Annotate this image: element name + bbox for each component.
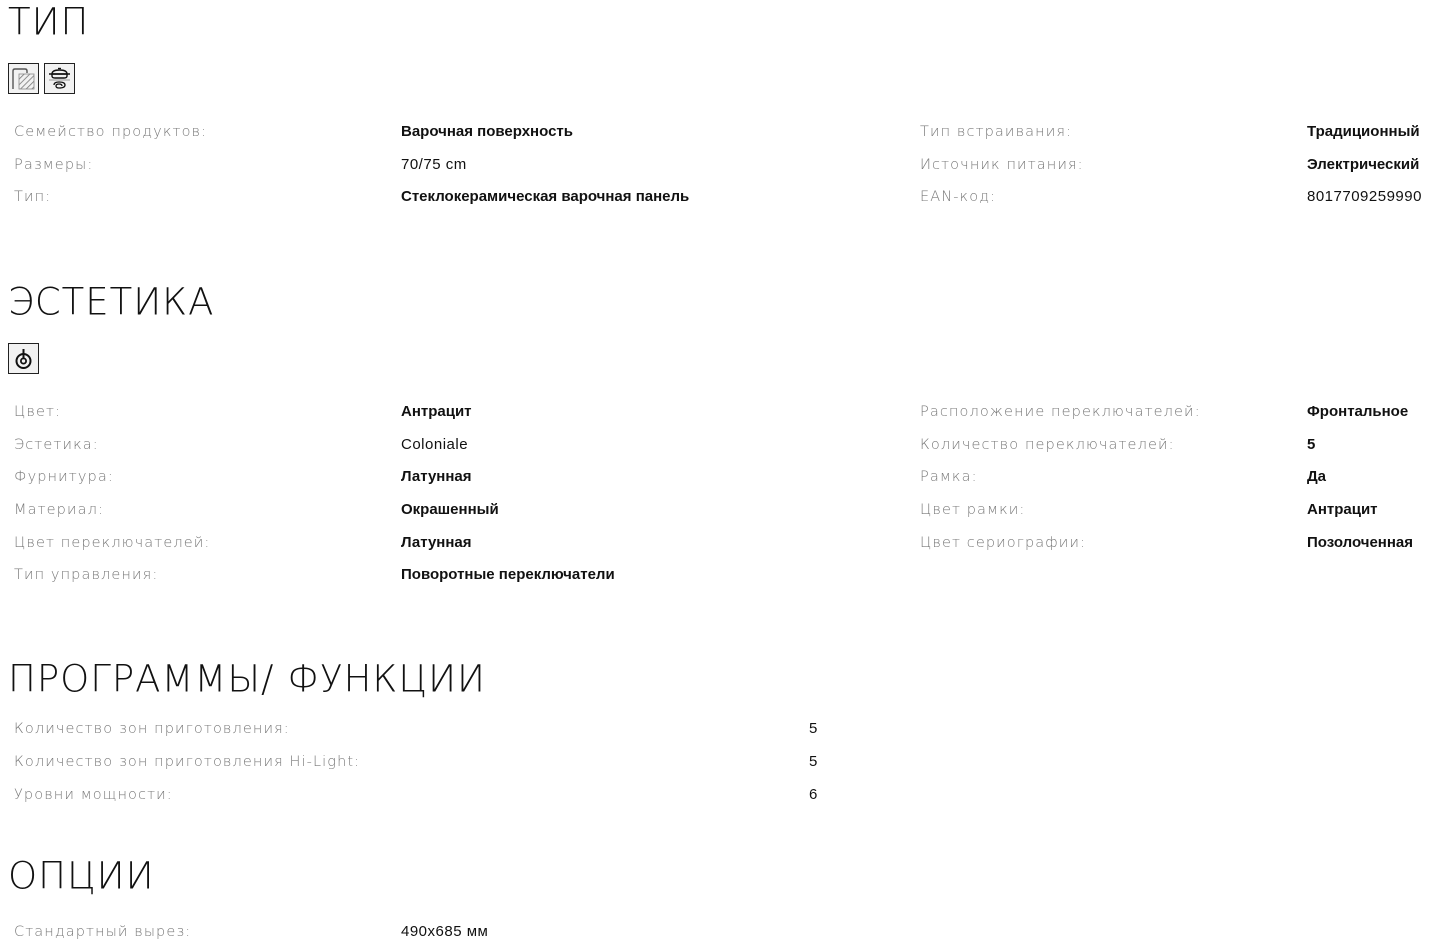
spec-label: EAN-код: (920, 187, 996, 207)
spec-value: Антрацит (401, 402, 472, 422)
spec-label: Тип управления: (14, 565, 158, 585)
spec-label: Фурнитура: (14, 467, 114, 487)
spec-label: Количество зон приготовления Hi-Light: (14, 752, 360, 772)
spec-value: Позолоченная (1307, 533, 1413, 553)
spec-label: Цвет рамки: (920, 500, 1025, 520)
spec-value: 5 (809, 752, 818, 772)
spec-label: Рамка: (920, 467, 978, 487)
spec-label: Цвет сериографии: (920, 533, 1086, 553)
spec-value: 490x685 мм (401, 922, 488, 940)
spec-label: Размеры: (14, 155, 93, 175)
spec-value: Фронтальное (1307, 402, 1408, 422)
spec-value: Да (1307, 467, 1326, 487)
cooktop-pot-icon (44, 63, 75, 94)
spec-value: 5 (1307, 435, 1315, 455)
spec-value: Антрацит (1307, 500, 1378, 520)
section-title-programs: ПРОГРАММЫ/ ФУНКЦИИ (8, 660, 486, 698)
spec-value: 5 (809, 719, 818, 739)
type-icons (8, 63, 75, 94)
spec-value: Coloniale (401, 435, 468, 455)
rotary-knob-icon (8, 343, 39, 374)
spec-label: Цвет переключателей: (14, 533, 210, 553)
spec-value: 6 (809, 785, 818, 805)
spec-value: Стеклокерамическая варочная панель (401, 187, 689, 207)
spec-label: Семейство продуктов: (14, 122, 207, 142)
section-title-aesthetics: ЭСТЕТИКА (8, 283, 214, 321)
spec-label: Эстетика: (14, 435, 99, 455)
spec-label: Источник питания: (920, 155, 1084, 175)
spec-value: Электрический (1307, 155, 1419, 175)
spec-value: Окрашенный (401, 500, 499, 520)
spec-value: Варочная поверхность (401, 122, 573, 142)
aesthetics-icons (8, 343, 39, 374)
spec-label: Тип встраивания: (920, 122, 1072, 142)
spec-label: Материал: (14, 500, 104, 520)
spec-value: 70/75 cm (401, 155, 467, 175)
spec-value: Традиционный (1307, 122, 1420, 142)
spec-value: Латунная (401, 467, 472, 487)
spec-label: Количество зон приготовления: (14, 719, 290, 739)
spec-label: Уровни мощности: (14, 785, 173, 805)
spec-label: Тип: (14, 187, 51, 207)
section-title-options: ОПЦИИ (8, 857, 155, 895)
section-title-type: ТИП (8, 3, 89, 41)
built-in-hob-icon (8, 63, 39, 94)
spec-label: Расположение переключателей: (920, 402, 1201, 422)
spec-value: Латунная (401, 533, 472, 553)
spec-value: Поворотные переключатели (401, 565, 615, 585)
spec-label: Цвет: (14, 402, 61, 422)
spec-value: 8017709259990 (1307, 187, 1422, 207)
spec-label: Количество переключателей: (920, 435, 1175, 455)
spec-label: Стандартный вырез: (14, 922, 191, 940)
